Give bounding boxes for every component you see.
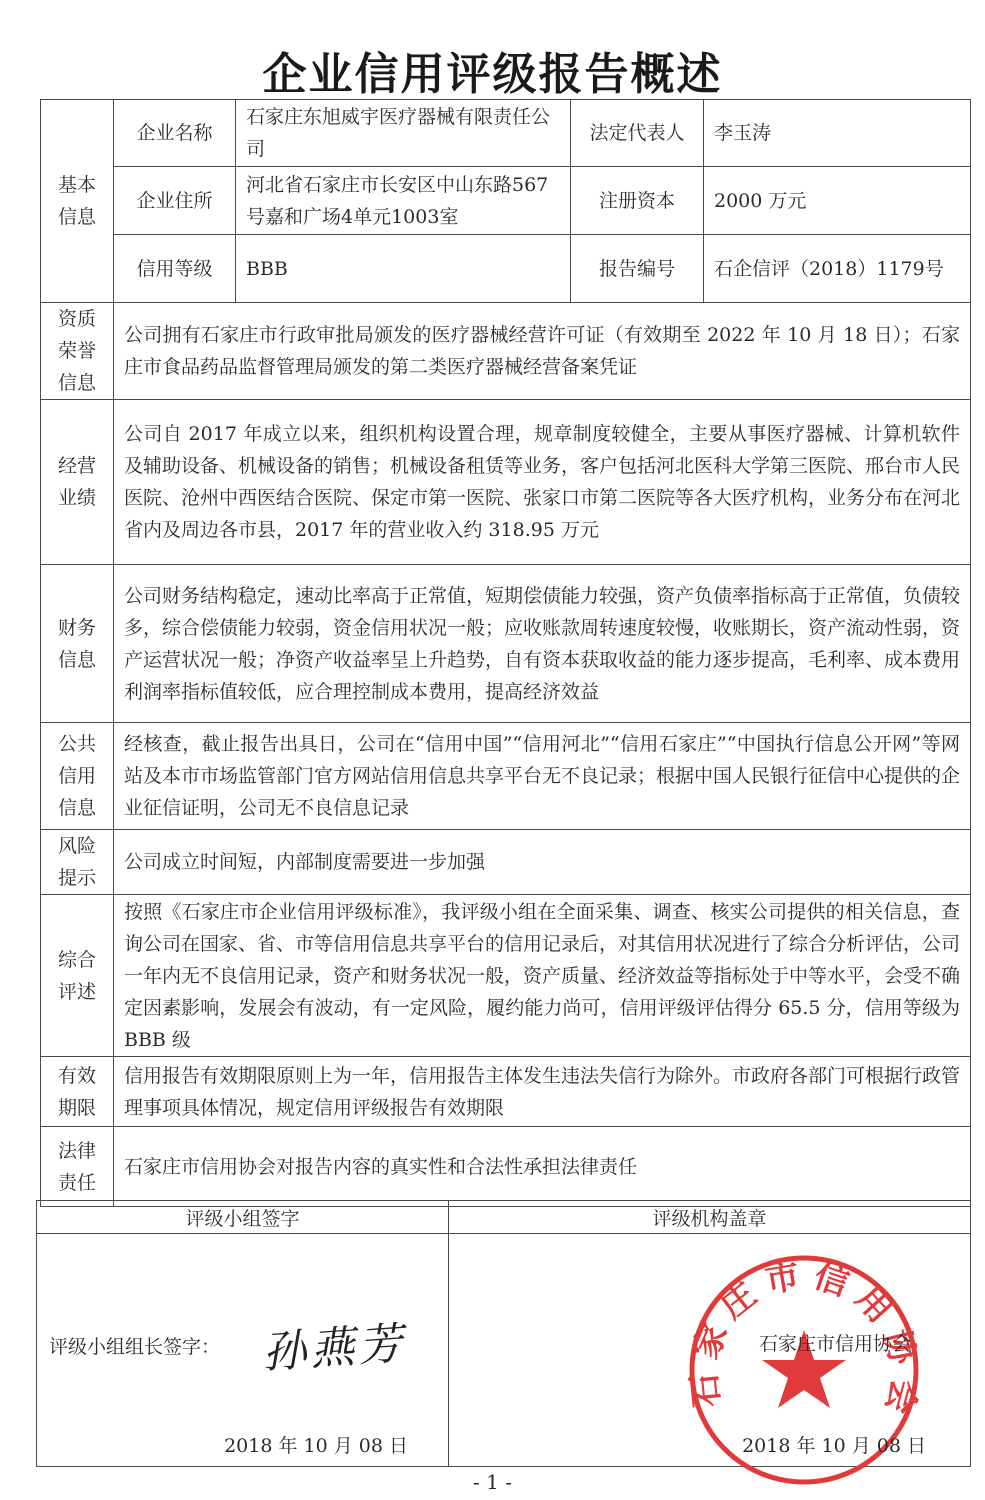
section-text-risk: 公司成立时间短，内部制度需要进一步加强 xyxy=(114,830,971,895)
label-company-address: 企业住所 xyxy=(114,167,236,235)
table-row: 综合评述 按照《石家庄市企业信用评级标准》，我评级小组在全面采集、调查、核实公司… xyxy=(41,895,971,1057)
value-report-number: 石企信评（2018）1179号 xyxy=(704,235,971,303)
table-row: 信用等级 BBB 报告编号 石企信评（2018）1179号 xyxy=(41,235,971,303)
section-label-financial: 财务信息 xyxy=(41,565,114,723)
label-registered-capital: 注册资本 xyxy=(571,167,704,235)
section-label-performance: 经营业绩 xyxy=(41,400,114,565)
section-text-public-credit: 经核查，截止报告出具日，公司在“信用中国”“信用河北”“信用石家庄”“中国执行信… xyxy=(114,723,971,830)
value-credit-rating: BBB xyxy=(236,235,571,303)
section-label-qualifications: 资质荣誉信息 xyxy=(41,303,114,400)
section-label-public-credit: 公共信用信息 xyxy=(41,723,114,830)
handwritten-signature: 孙燕芳 xyxy=(260,1307,408,1381)
panel-signature-cell: 评级小组组长签字： 孙燕芳 2018 年 10 月 08 日 xyxy=(37,1234,449,1467)
section-label-summary: 综合评述 xyxy=(41,895,114,1057)
section-text-qualifications: 公司拥有石家庄市行政审批局颁发的医疗器械经营许可证（有效期至 2022 年 10… xyxy=(114,303,971,400)
table-row: 经营业绩 公司自 2017 年成立以来，组织机构设置合理，规章制度较健全，主要从… xyxy=(41,400,971,565)
table-row: 财务信息 公司财务结构稳定，速动比率高于正常值，短期偿债能力较强，资产负债率指标… xyxy=(41,565,971,723)
panel-signature-header: 评级小组签字 xyxy=(37,1201,449,1234)
table-row: 风险提示 公司成立时间短，内部制度需要进一步加强 xyxy=(41,830,971,895)
document-title: 企业信用评级报告概述 xyxy=(0,38,985,102)
table-row: 法律责任 石家庄市信用协会对报告内容的真实性和合法性承担法律责任 xyxy=(41,1127,971,1207)
section-text-performance: 公司自 2017 年成立以来，组织机构设置合理，规章制度较健全，主要从事医疗器械… xyxy=(114,400,971,565)
section-label-legal: 法律责任 xyxy=(41,1127,114,1207)
section-label-risk: 风险提示 xyxy=(41,830,114,895)
section-text-financial: 公司财务结构稳定，速动比率高于正常值，短期偿债能力较强，资产负债率指标高于正常值… xyxy=(114,565,971,723)
report-table: 基本信息 企业名称 石家庄东旭威宇医疗器械有限责任公司 法定代表人 李玉涛 企业… xyxy=(40,99,971,1207)
label-credit-rating: 信用等级 xyxy=(114,235,236,303)
section-text-legal: 石家庄市信用协会对报告内容的真实性和合法性承担法律责任 xyxy=(114,1127,971,1207)
agency-seal-header: 评级机构盖章 xyxy=(449,1201,971,1234)
section-text-summary: 按照《石家庄市企业信用评级标准》，我评级小组在全面采集、调查、核实公司提供的相关… xyxy=(114,895,971,1057)
signature-table: 评级小组签字 评级机构盖章 评级小组组长签字： 孙燕芳 2018 年 10 月 … xyxy=(36,1200,971,1467)
label-company-name: 企业名称 xyxy=(114,100,236,167)
agency-seal-cell: 石家庄市信用协会 石家庄市信用协会 2018 年 10 月 08 日 xyxy=(449,1234,971,1467)
section-label-validity: 有效期限 xyxy=(41,1057,114,1127)
section-text-validity: 信用报告有效期限原则上为一年，信用报告主体发生违法失信行为除外。市政府各部门可根… xyxy=(114,1057,971,1127)
value-registered-capital: 2000 万元 xyxy=(704,167,971,235)
table-row: 基本信息 企业名称 石家庄东旭威宇医疗器械有限责任公司 法定代表人 李玉涛 xyxy=(41,100,971,167)
signature-section: 评级小组签字 评级机构盖章 评级小组组长签字： 孙燕芳 2018 年 10 月 … xyxy=(36,1200,970,1467)
table-row: 公共信用信息 经核查，截止报告出具日，公司在“信用中国”“信用河北”“信用石家庄… xyxy=(41,723,971,830)
table-row: 企业住所 河北省石家庄市长安区中山东路567号嘉和广场4单元1003室 注册资本… xyxy=(41,167,971,235)
agency-name: 石家庄市信用协会 xyxy=(759,1329,911,1356)
agency-seal-date: 2018 年 10 月 08 日 xyxy=(742,1431,926,1458)
section-label-basic-info: 基本信息 xyxy=(41,100,114,303)
label-legal-rep: 法定代表人 xyxy=(571,100,704,167)
table-row: 有效期限 信用报告有效期限原则上为一年，信用报告主体发生违法失信行为除外。市政府… xyxy=(41,1057,971,1127)
label-report-number: 报告编号 xyxy=(571,235,704,303)
panel-sign-date: 2018 年 10 月 08 日 xyxy=(224,1431,408,1458)
value-company-address: 河北省石家庄市长安区中山东路567号嘉和广场4单元1003室 xyxy=(236,167,571,235)
leader-signature-label-text: 评级小组组长签字： xyxy=(49,1332,220,1359)
value-legal-rep: 李玉涛 xyxy=(704,100,971,167)
table-row: 资质荣誉信息 公司拥有石家庄市行政审批局颁发的医疗器械经营许可证（有效期至 20… xyxy=(41,303,971,400)
value-company-name: 石家庄东旭威宇医疗器械有限责任公司 xyxy=(236,100,571,167)
